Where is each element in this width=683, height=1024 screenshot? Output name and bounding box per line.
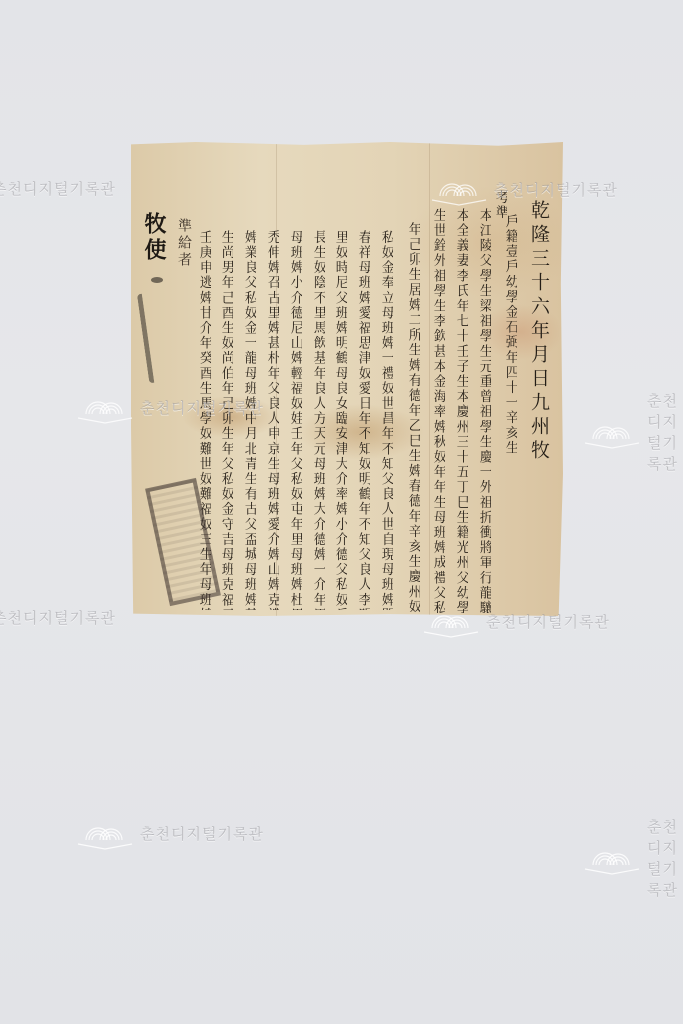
watermark-text: 춘천디지털기록관	[494, 179, 618, 200]
watermark: 춘천디지털기록관	[76, 816, 264, 850]
watermark: 춘천디지털기록관	[422, 604, 610, 638]
watermark: 춘천디지털기록관	[583, 816, 683, 900]
archive-logo-icon	[583, 415, 641, 449]
archive-logo-icon	[76, 390, 134, 424]
watermark-text: 춘천디지털기록관	[140, 823, 264, 844]
archive-logo-icon	[583, 841, 641, 875]
date-column: 乾隆三十六年月日九州牧	[529, 200, 548, 464]
watermark: 춘천디지털기록관	[0, 607, 116, 628]
signature-mark	[151, 277, 163, 283]
text-column: 里奴時尼父班婢明鶴母良女臨安津大介率婢小介德父私奴岳福母班婢愛化奴壽生男	[333, 230, 347, 610]
watermark-text: 춘천디지털기록관	[140, 397, 264, 418]
text-column: 私奴金奉立母班婢一禮奴世昌年不知父良人世自現母班婢開代奴春遠年丁未生父良人	[379, 230, 393, 610]
text-column: 春祥母班婢愛福思津奴愛日年不知奴明鶴年不知父良人李明男母班婢愛化奴皆不	[356, 230, 370, 610]
watermark-text: 춘천디지털기록관	[647, 390, 683, 474]
watermark: 춘천디지털기록관	[76, 390, 264, 424]
text-column: 本全義妻李氏年七十壬子生本慶州三十五丁巳生籍光州父幼學道三祖學生禮曾祖學	[454, 208, 468, 613]
watermark: 춘천디지털기록관	[0, 178, 116, 199]
text-column: 母班婢小介德尼山婢輕福奴娃壬年父私奴屯年里母班婢杜里介居低奴尚一尚伯尚三婢才	[288, 230, 302, 610]
signature-icon	[137, 291, 176, 384]
historical-document: 乾隆三十六年月日九州牧 考準 戶籍壹戶幼學金石弼年四十一辛亥生 本江陵父學生梁祖…	[131, 142, 563, 616]
recipient-label: 準給者	[177, 218, 191, 269]
watermark-text: 춘천디지털기록관	[486, 611, 610, 632]
text-column: 年己卯生居婢二所生婢有德年乙巳生婢春德年辛亥生慶州奴春鶴年庚午生父	[406, 222, 420, 612]
watermark: 춘천디지털기록관	[583, 390, 683, 474]
text-column: 禿伸婢召古里婢甚朴年父良人申京生母班婢愛介婢山婢克禮母班婢尚介得介所	[265, 230, 279, 610]
watermark-text: 춘천디지털기록관	[0, 607, 116, 628]
fold-line	[429, 142, 430, 616]
text-column: 生世銓外祖學生李欽甚本金海率婢秋奴年年生母班婢成禮父私奴岳光婢戊禮	[431, 208, 445, 613]
archive-logo-icon	[76, 816, 134, 850]
watermark-text: 춘천디지털기록관	[0, 178, 116, 199]
watermark: 춘천디지털기록관	[430, 172, 618, 206]
text-column: 長生奴陰不里馬飲基年良人方天元母班婢大介德婢一介年甲申奴馬才年良人金守化	[311, 230, 325, 610]
text-column: 本江陵父學生梁祖學生元重曾祖學生慶一外祖折衝將軍行龍驤衛副軍李守榮	[477, 208, 491, 613]
archive-logo-icon	[430, 172, 488, 206]
archive-logo-icon	[422, 604, 480, 638]
text-column: 戶籍壹戶幼學金石弼年四十一辛亥生	[503, 214, 517, 614]
official-title: 牧使	[143, 212, 165, 264]
watermark-text: 춘천디지털기록관	[647, 816, 683, 900]
